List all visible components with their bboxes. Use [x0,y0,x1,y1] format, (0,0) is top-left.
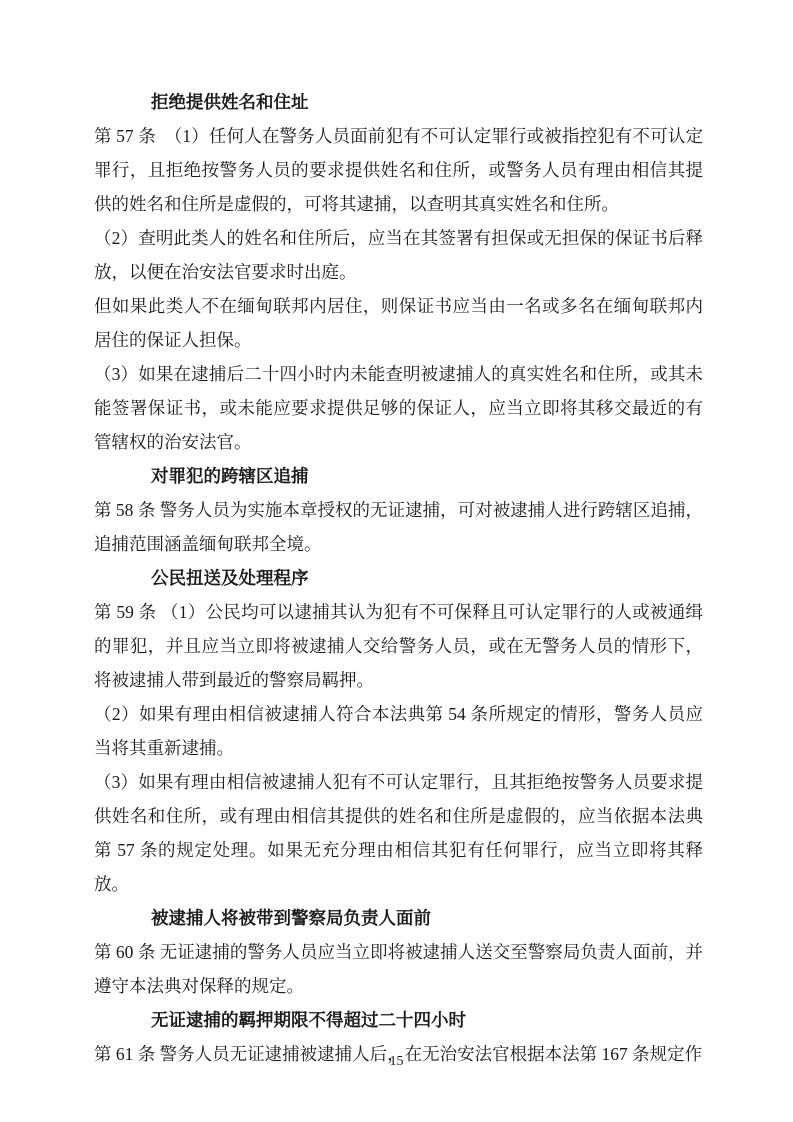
section-heading-brought-before-police-chief: 被逮捕人将被带到警察局负责人面前 [94,901,703,935]
body-paragraph-article-60: 第 60 条 无证逮捕的警务人员应当立即将被逮捕人送交至警察局负责人面前，并遵守… [94,935,703,1003]
page-content: 拒绝提供姓名和住址 第 57 条 （1）任何人在警务人员面前犯有不可认定罪行或被… [94,85,703,1071]
body-paragraph-article-59-3: （3）如果有理由相信被逮捕人犯有不可认定罪行，且其拒绝按警务人员要求提供姓名和住… [94,765,703,901]
body-paragraph-article-57-1: 第 57 条 （1）任何人在警务人员面前犯有不可认定罪行或被指控犯有不可认定罪行… [94,119,703,221]
section-heading-refuse-name-address: 拒绝提供姓名和住址 [94,85,703,119]
body-paragraph-article-59-2: （2）如果有理由相信被逮捕人符合本法典第 54 条所规定的情形，警务人员应当将其… [94,697,703,765]
body-paragraph-article-59-1: 第 59 条 （1）公民均可以逮捕其认为犯有不可保释且可认定罪行的人或被通缉的罪… [94,595,703,697]
document-page: 拒绝提供姓名和住址 第 57 条 （1）任何人在警务人员面前犯有不可认定罪行或被… [0,0,793,1122]
body-paragraph-article-57-proviso: 但如果此类人不在缅甸联邦内居住，则保证书应当由一名或多名在缅甸联邦内居住的保证人… [94,289,703,357]
page-number: 15 [0,1054,793,1070]
body-paragraph-article-57-2: （2）查明此类人的姓名和住所后，应当在其签署有担保或无担保的保证书后释放，以便在… [94,221,703,289]
body-paragraph-article-58: 第 58 条 警务人员为实施本章授权的无证逮捕，可对被逮捕人进行跨辖区追捕，追捕… [94,493,703,561]
body-paragraph-article-57-3: （3）如果在逮捕后二十四小时内未能查明被逮捕人的真实姓名和住所，或其未能签署保证… [94,357,703,459]
section-heading-cross-jurisdiction-pursuit: 对罪犯的跨辖区追捕 [94,459,703,493]
section-heading-detention-limit-24-hours: 无证逮捕的羁押期限不得超过二十四小时 [94,1003,703,1037]
section-heading-citizen-arrest-procedure: 公民扭送及处理程序 [94,561,703,595]
